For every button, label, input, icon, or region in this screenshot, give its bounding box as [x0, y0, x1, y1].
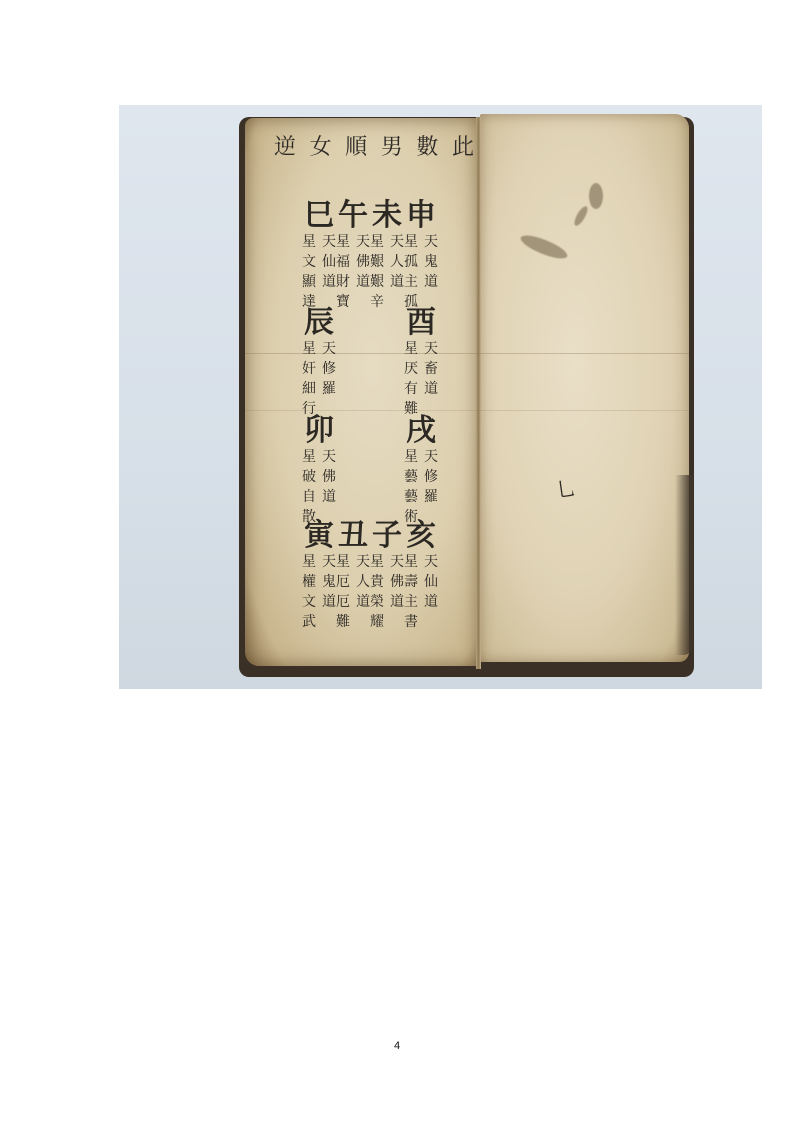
page-number: 4	[0, 1040, 794, 1052]
branch-chen: 辰 天 修 羅 星奸 細 行	[299, 307, 339, 419]
book-spine	[476, 117, 481, 669]
branch-you: 酉 天 畜 道 星厌 有 難	[401, 307, 441, 419]
branch-xu: 戌 天 修 羅 星藝 藝 術	[401, 415, 441, 527]
branch-right-col: 天 鬼 道	[422, 232, 440, 312]
header-char: 數	[411, 130, 443, 161]
branch-chou: 丑 天 人 道 星厄 厄 難	[333, 520, 373, 632]
branch-wu: 午 天 佛 道 星福 財 寶	[333, 200, 373, 312]
ink-stain	[589, 183, 603, 209]
branch-si: 巳 天 仙 道 星文 顯 達	[299, 200, 339, 312]
branch-mao: 卯 天 佛 道 星破 自 散	[299, 415, 339, 527]
manuscript-header: 此 數 男 順 女 逆	[269, 130, 479, 161]
manuscript-photo: 此 數 男 順 女 逆 申 天 鬼 道 星孤 主 孤 未 天 人	[119, 105, 762, 689]
book-edge-shadow	[675, 475, 693, 655]
branch-wei: 未 天 人 道 星艱 艱 辛	[367, 200, 407, 312]
branch-zi: 子 天 佛 道 星貴 榮 耀	[367, 520, 407, 632]
right-page-ink-mark: 乚	[554, 472, 578, 504]
header-char: 逆	[269, 130, 301, 161]
header-char: 順	[340, 130, 372, 161]
header-char: 此	[447, 130, 479, 161]
header-char: 男	[376, 130, 408, 161]
branch-hai: 亥 天 仙 道 星壽 主 書	[401, 520, 441, 632]
manuscript-right-page	[480, 114, 689, 662]
branch-yin: 寅 天 鬼 道 星權 文 武	[299, 520, 339, 632]
header-char: 女	[305, 130, 337, 161]
branch-shen: 申 天 鬼 道 星孤 主 孤	[401, 200, 441, 312]
